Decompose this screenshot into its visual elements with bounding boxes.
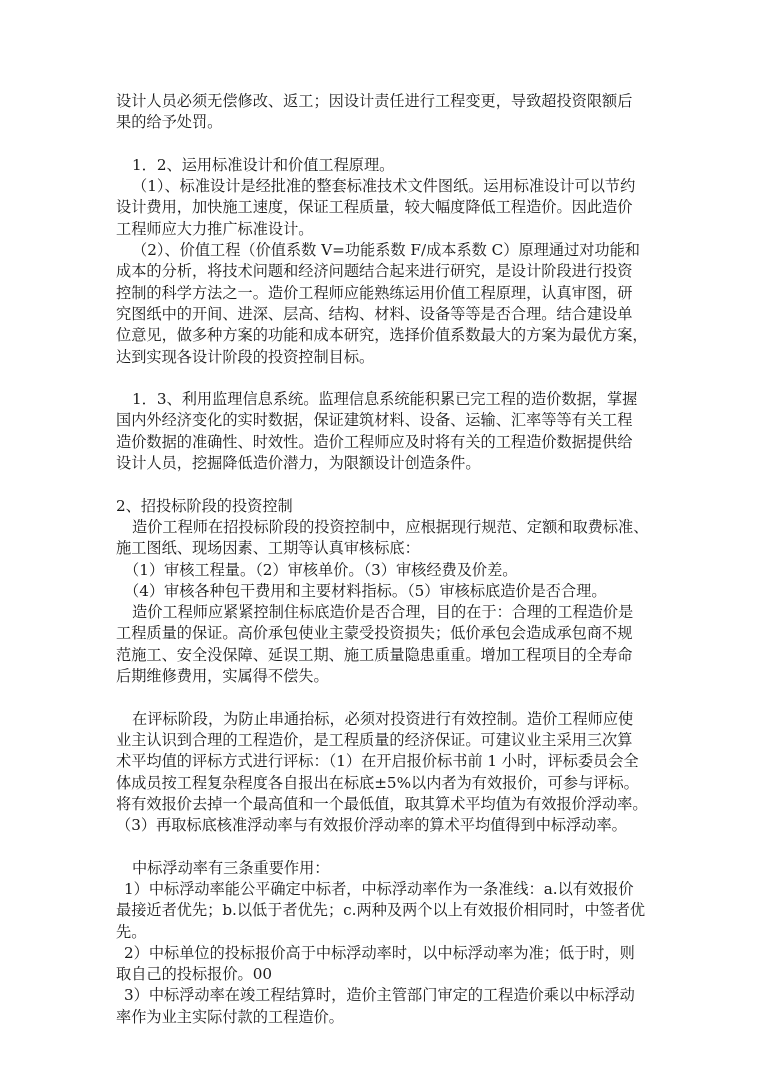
text-line: 造价工程师在招投标阶段的投资控制中，应根据现行规范、定额和取费标准、 xyxy=(116,517,656,538)
text-line: 先。 xyxy=(116,922,656,943)
blank-line xyxy=(116,368,656,389)
blank-line xyxy=(116,836,656,857)
text-line: 造价工程师应紧紧控制住标底造价是否合理，目的在于：合理的工程造价是 xyxy=(116,602,656,623)
text-line: 成本的分析，将技术问题和经济问题结合起来进行研究，是设计阶段进行投资 xyxy=(116,261,656,282)
text-line: 控制的科学方法之一。造价工程师应能熟练运用价值工程原理，认真审图，研 xyxy=(116,283,656,304)
text-line: 工程质量的保证。高价承包使业主蒙受投资损失；低价承包会造成承包商不规 xyxy=(116,623,656,644)
text-line: 3）中标浮动率在竣工程结算时，造价主管部门审定的工程造价乘以中标浮动 xyxy=(116,985,656,1006)
text-line: 将有效报价去掉一个最高值和一个最低值，取其算术平均值为有效报价浮动率。 xyxy=(116,794,656,815)
text-line: 中标浮动率有三条重要作用： xyxy=(116,858,656,879)
section-heading-1-3: 1．3、利用监理信息系统。监理信息系统能积累已完工程的造价数据，掌握 xyxy=(116,389,656,410)
text-line: 1）中标浮动率能公平确定中标者，中标浮动率作为一条准线：a.以有效报价 xyxy=(116,879,656,900)
text-line: 率作为业主实际付款的工程造价。 xyxy=(116,1007,656,1028)
text-line: 果的给予处罚。 xyxy=(116,112,656,133)
blank-line xyxy=(116,474,656,495)
text-line: 业主认识到合理的工程造价，是工程质量的经济保证。可建议业主采用三次算 xyxy=(116,730,656,751)
text-line: 设计费用，加快施工速度，保证工程质量，较大幅度降低工程造价。因此造价 xyxy=(116,197,656,218)
text-line: 范施工、安全没保障、延误工期、施工质量隐患重重。增加工程项目的全寿命 xyxy=(116,645,656,666)
document-page: 设计人员必须无偿修改、返工；因设计责任进行工程变更，导致超投资限额后 果的给予处… xyxy=(116,91,656,1028)
blank-line xyxy=(116,134,656,155)
text-line: 施工图纸、现场因素、工期等认真审核标底： xyxy=(116,538,656,559)
text-line: 取自己的投标报价。00 xyxy=(116,964,656,985)
section-heading-1-2: 1．2、运用标准设计和价值工程原理。 xyxy=(116,155,656,176)
text-line: 设计人员，挖掘降低造价潜力，为限额设计创造条件。 xyxy=(116,453,656,474)
text-line: 设计人员必须无偿修改、返工；因设计责任进行工程变更，导致超投资限额后 xyxy=(116,91,656,112)
text-line: 术平均值的评标方式进行评标：（1）在开启报价标书前 1 小时，评标委员会全 xyxy=(116,751,656,772)
text-line: 工程师应大力推广标准设计。 xyxy=(116,219,656,240)
text-line: 2）中标单位的投标报价高于中标浮动率时，以中标浮动率为准；低于时，则 xyxy=(116,943,656,964)
text-line: 后期维修费用，实属得不偿失。 xyxy=(116,666,656,687)
text-line: 体成员按工程复杂程度各自报出在标底±5%以内者为有效报价，可参与评标。 xyxy=(116,773,656,794)
text-line: （4）审核各种包干费用和主要材料指标。（5）审核标底造价是否合理。 xyxy=(116,581,656,602)
text-line: （1）审核工程量。（2）审核单价。（3）审核经费及价差。 xyxy=(116,560,656,581)
blank-line xyxy=(116,687,656,708)
text-line: （3）再取标底核准浮动率与有效报价浮动率的算术平均值得到中标浮动率。 xyxy=(116,815,656,836)
section-heading-2: 2、招投标阶段的投资控制 xyxy=(116,496,656,517)
text-line: （1）、标准设计是经批准的整套标准技术文件图纸。运用标准设计可以节约 xyxy=(116,176,656,197)
text-line: 造价数据的准确性、时效性。造价工程师应及时将有关的工程造价数据提供给 xyxy=(116,432,656,453)
text-line: 国内外经济变化的实时数据，保证建筑材料、设备、运输、汇率等等有关工程 xyxy=(116,410,656,431)
text-line: （2）、价值工程（价值系数 V=功能系数 F/成本系数 C）原理通过对功能和 xyxy=(116,240,656,261)
text-line: 究图纸中的开间、进深、层高、结构、材料、设备等等是否合理。结合建设单 xyxy=(116,304,656,325)
text-line: 达到实现各设计阶段的投资控制目标。 xyxy=(116,347,656,368)
text-line: 在评标阶段，为防止串通抬标，必须对投资进行有效控制。造价工程师应使 xyxy=(116,709,656,730)
text-line: 最接近者优先；b.以低于者优先；c.两种及两个以上有效报价相同时，中签者优 xyxy=(116,900,656,921)
text-line: 位意见，做多种方案的功能和成本研究，选择价值系数最大的方案为最优方案， xyxy=(116,325,656,346)
